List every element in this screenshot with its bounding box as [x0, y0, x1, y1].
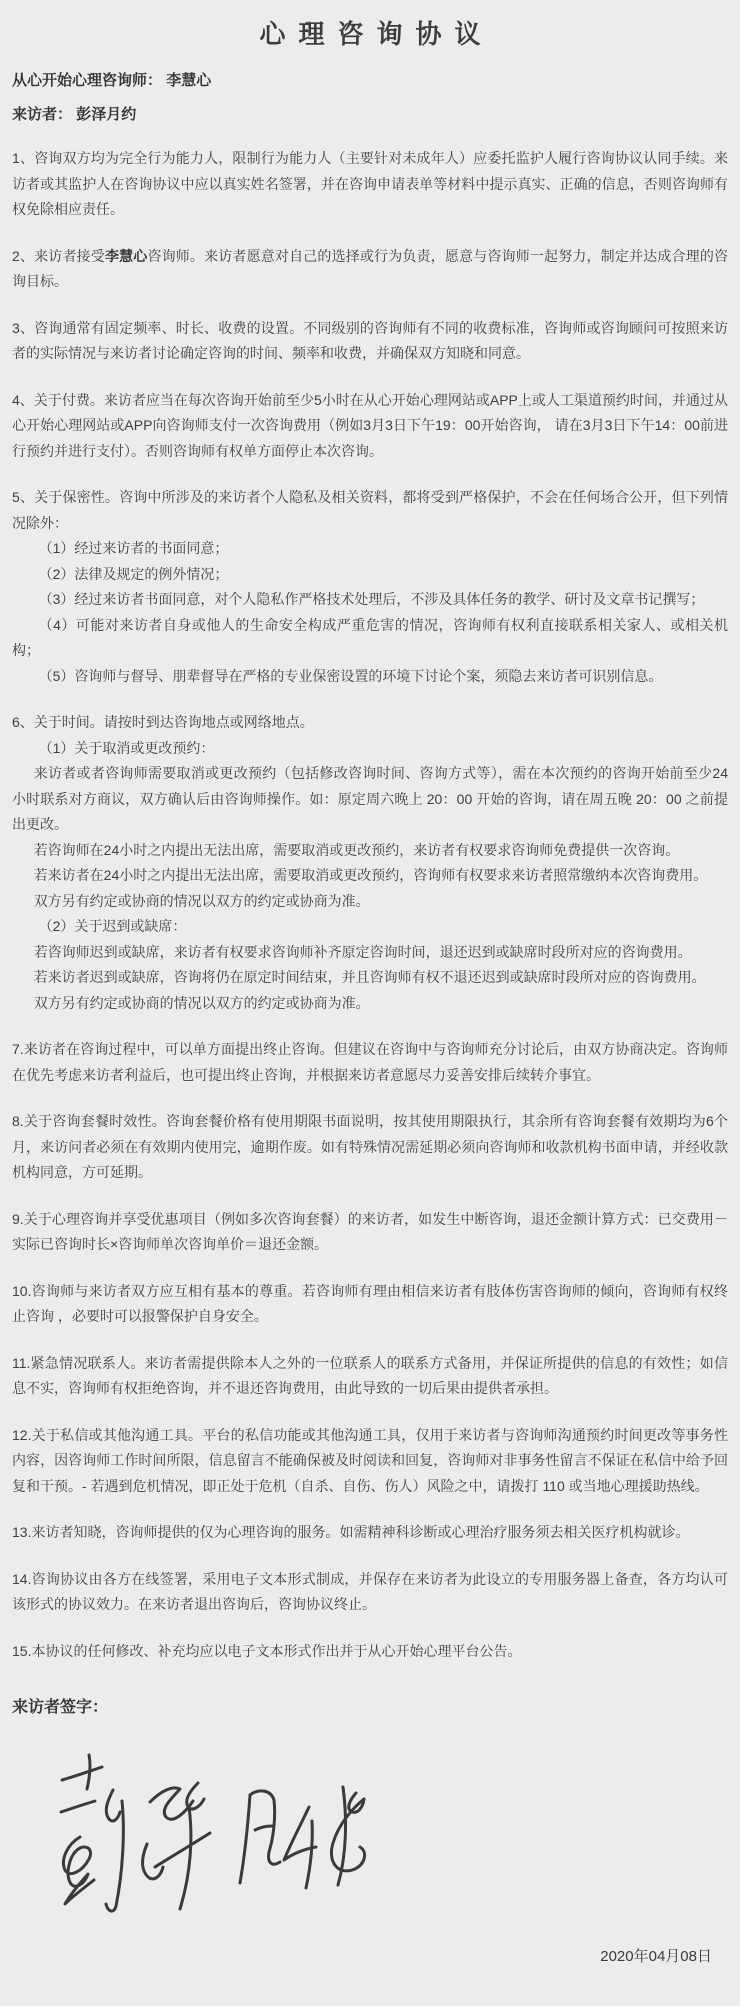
signature-stroke [143, 1844, 163, 1879]
clause-sub-paragraph: 来访者或者咨询师需要取消或更改预约（包括修改咨询时间、咨询方式等），需在本次预约… [12, 761, 728, 838]
signature-stroke [306, 1821, 312, 1888]
visitor-label: 来访者： [12, 106, 72, 123]
agreement-document: 心理咨询协议 从心开始心理咨询师： 李慧心 来访者： 彭泽月约 1、咨询双方均为… [0, 0, 740, 2006]
clause-paragraph: 9.关于心理咨询并享受优惠项目（例如多次咨询套餐）的来访者，如发生中断咨询，退还… [12, 1207, 728, 1258]
counselor-name: 李慧心 [166, 72, 211, 89]
clause-paragraph: 4、关于付费。来访者应当在每次咨询开始前至少5小时在从心开始心理网站或APP上或… [12, 388, 728, 465]
signature-stroke [240, 1795, 250, 1883]
clause-paragraph: 13.来访者知晓，咨询师提供的仅为心理咨询的服务。如需精神科诊断或心理治疗服务须… [12, 1520, 728, 1546]
clause-sub-paragraph: 双方另有约定或协商的情况以双方的约定或协商为准。 [12, 991, 728, 1017]
clause-sub-paragraph: 若来访者在24小时之内提出无法出席，需要取消或更改预约，咨询师有权要求来访者照常… [12, 863, 728, 889]
clause-sub-paragraph: （1）关于取消或更改预约： [12, 736, 728, 762]
clause-sub-paragraph: 若咨询师迟到或缺席，来访者有权要求咨询师补齐原定咨询时间，退还迟到或缺席时段所对… [12, 940, 728, 966]
clause-sub-paragraph: （3）经过来访者书面同意，对个人隐私作严格技术处理后，不涉及具体任务的教学、研讨… [12, 587, 728, 613]
clause-sub-paragraph: （2）法律及规定的例外情况； [12, 562, 728, 588]
agreement-date: 2020年04月08日 [12, 1945, 728, 1966]
clauses: 1、咨询双方均为完全行为能力人，限制行为能力人（主要针对未成年人）应委托监护人履… [12, 146, 728, 1664]
visitor-line: 来访者： 彭泽月约 [12, 104, 728, 125]
signature-stroke [63, 1837, 94, 1904]
visitor-signature [58, 1749, 728, 1927]
page-title: 心理咨询协议 [12, 14, 728, 51]
signature-stroke [61, 1801, 95, 1812]
counselor-line: 从心开始心理咨询师： 李慧心 [12, 70, 728, 91]
signature-stroke [106, 1790, 120, 1821]
clause-paragraph: 6、关于时间。请按时到达咨询地点或网络地点。 [12, 710, 728, 736]
clause-sub-paragraph: 若来访者迟到或缺席，咨询将仍在原定时间结束，并且咨询师有权不退还迟到或缺席时段所… [12, 965, 728, 991]
clause-paragraph: 2、来访者接受李慧心咨询师。来访者愿意对自己的选择或行为负责，愿意与咨询师一起努… [12, 244, 728, 295]
clause-paragraph: 14.咨询协议由各方在线签署，采用电子文本形式制成，并保存在来访者为此设立的专用… [12, 1567, 728, 1618]
signature-stroke [255, 1826, 272, 1830]
signature-stroke [155, 1833, 210, 1867]
clause-sub-paragraph: （4）可能对来访者自身或他人的生命安全构成严重危害的情况，咨询师有权利直接联系相… [12, 613, 728, 664]
signature-stroke [180, 1807, 191, 1909]
clause-paragraph: 8.关于咨询套餐时效性。咨询套餐价格有使用期限书面说明，按其使用期限执行，其余所… [12, 1109, 728, 1186]
signature-drawing [58, 1749, 403, 1927]
clause-paragraph: 1、咨询双方均为完全行为能力人，限制行为能力人（主要针对未成年人）应委托监护人履… [12, 146, 728, 223]
clause-paragraph: 10.咨询师与来访者双方应互相有基本的尊重。若咨询师有理由相信来访者有肢体伤害咨… [12, 1279, 728, 1330]
clause-sub-paragraph: （2）关于迟到或缺席： [12, 914, 728, 940]
clause-paragraph: 11.紧急情况联系人。来访者需提供除本人之外的一位联系人的联系方式备用，并保证所… [12, 1351, 728, 1402]
signature-label: 来访者签字： [12, 1694, 728, 1717]
clause-sub-paragraph: （1）经过来访者的书面同意； [12, 536, 728, 562]
clause-paragraph: 15.本协议的任何修改、补充均应以电子文本形式作出并于从心开始心理平台公告。 [12, 1639, 728, 1665]
clause-paragraph: 7.来访者在咨询过程中，可以单方面提出终止咨询。但建议在咨询中与咨询师充分讨论后… [12, 1037, 728, 1088]
clause-paragraph: 3、咨询通常有固定频率、时长、收费的设置。不同级别的咨询师有不同的收费标准，咨询… [12, 316, 728, 367]
clause-sub-paragraph: （5）咨询师与督导、朋辈督导在严格的专业保密设置的环境下讨论个案，须隐去来访者可… [12, 664, 728, 690]
clause-sub-paragraph: 双方另有约定或协商的情况以双方的约定或协商为准。 [12, 889, 728, 915]
visitor-name: 彭泽月约 [76, 106, 136, 123]
signature-stroke [62, 1767, 102, 1780]
clause-paragraph: 5、关于保密性。咨询中所涉及的来访者个人隐私及相关资料，都将受到严格保护，不会在… [12, 485, 728, 536]
clause-sub-paragraph: 若咨询师在24小时之内提出无法出席，需要取消或更改预约，来访者有权要求咨询师免费… [12, 838, 728, 864]
clause-paragraph: 12.关于私信或其他沟通工具。平台的私信功能或其他沟通工具，仅用于来访者与咨询师… [12, 1423, 728, 1500]
counselor-label: 从心开始心理咨询师： [12, 72, 162, 89]
